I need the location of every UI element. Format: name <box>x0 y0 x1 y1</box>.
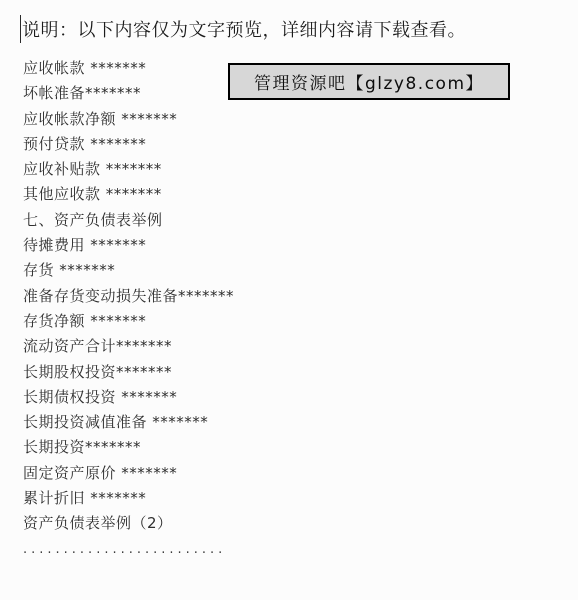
preview-section-heading: 七、资产负债表举例 <box>23 208 234 233</box>
preview-line: 长期投资减值准备 ******* <box>23 410 234 435</box>
preview-line: 存货净额 ******* <box>23 309 234 334</box>
preview-section-heading: 资产负债表举例（2） <box>23 511 234 536</box>
preview-ellipsis-line: ......................... <box>23 537 234 562</box>
watermark-box: 管理资源吧【glzy8.com】 <box>228 63 510 100</box>
preview-line: 待摊费用 ******* <box>23 233 234 258</box>
preview-line: 其他应收款 ******* <box>23 182 234 207</box>
preview-line: 固定资产原价 ******* <box>23 461 234 486</box>
watermark-text: 管理资源吧【glzy8.com】 <box>254 69 484 94</box>
preview-line: 应收帐款净额 ******* <box>23 107 234 132</box>
preview-line: 流动资产合计******* <box>23 334 234 359</box>
text-cursor <box>20 15 21 43</box>
preview-line: 应收帐款 ******* <box>23 56 234 81</box>
preview-line: 存货 ******* <box>23 258 234 283</box>
preview-line: 长期投资******* <box>23 435 234 460</box>
preview-notice: 说明：以下内容仅为文字预览，详细内容请下载查看。 <box>22 16 466 42</box>
preview-line: 累计折旧 ******* <box>23 486 234 511</box>
document-preview-page: 说明：以下内容仅为文字预览，详细内容请下载查看。 管理资源吧【glzy8.com… <box>0 0 578 600</box>
preview-line: 长期股权投资******* <box>23 360 234 385</box>
preview-line: 应收补贴款 ******* <box>23 157 234 182</box>
preview-line: 准备存货变动损失准备******* <box>23 284 234 309</box>
preview-line: 预付贷款 ******* <box>23 132 234 157</box>
preview-line: 长期债权投资 ******* <box>23 385 234 410</box>
preview-text-body: 应收帐款 ******* 坏帐准备******* 应收帐款净额 ******* … <box>23 56 234 562</box>
preview-line: 坏帐准备******* <box>23 81 234 106</box>
